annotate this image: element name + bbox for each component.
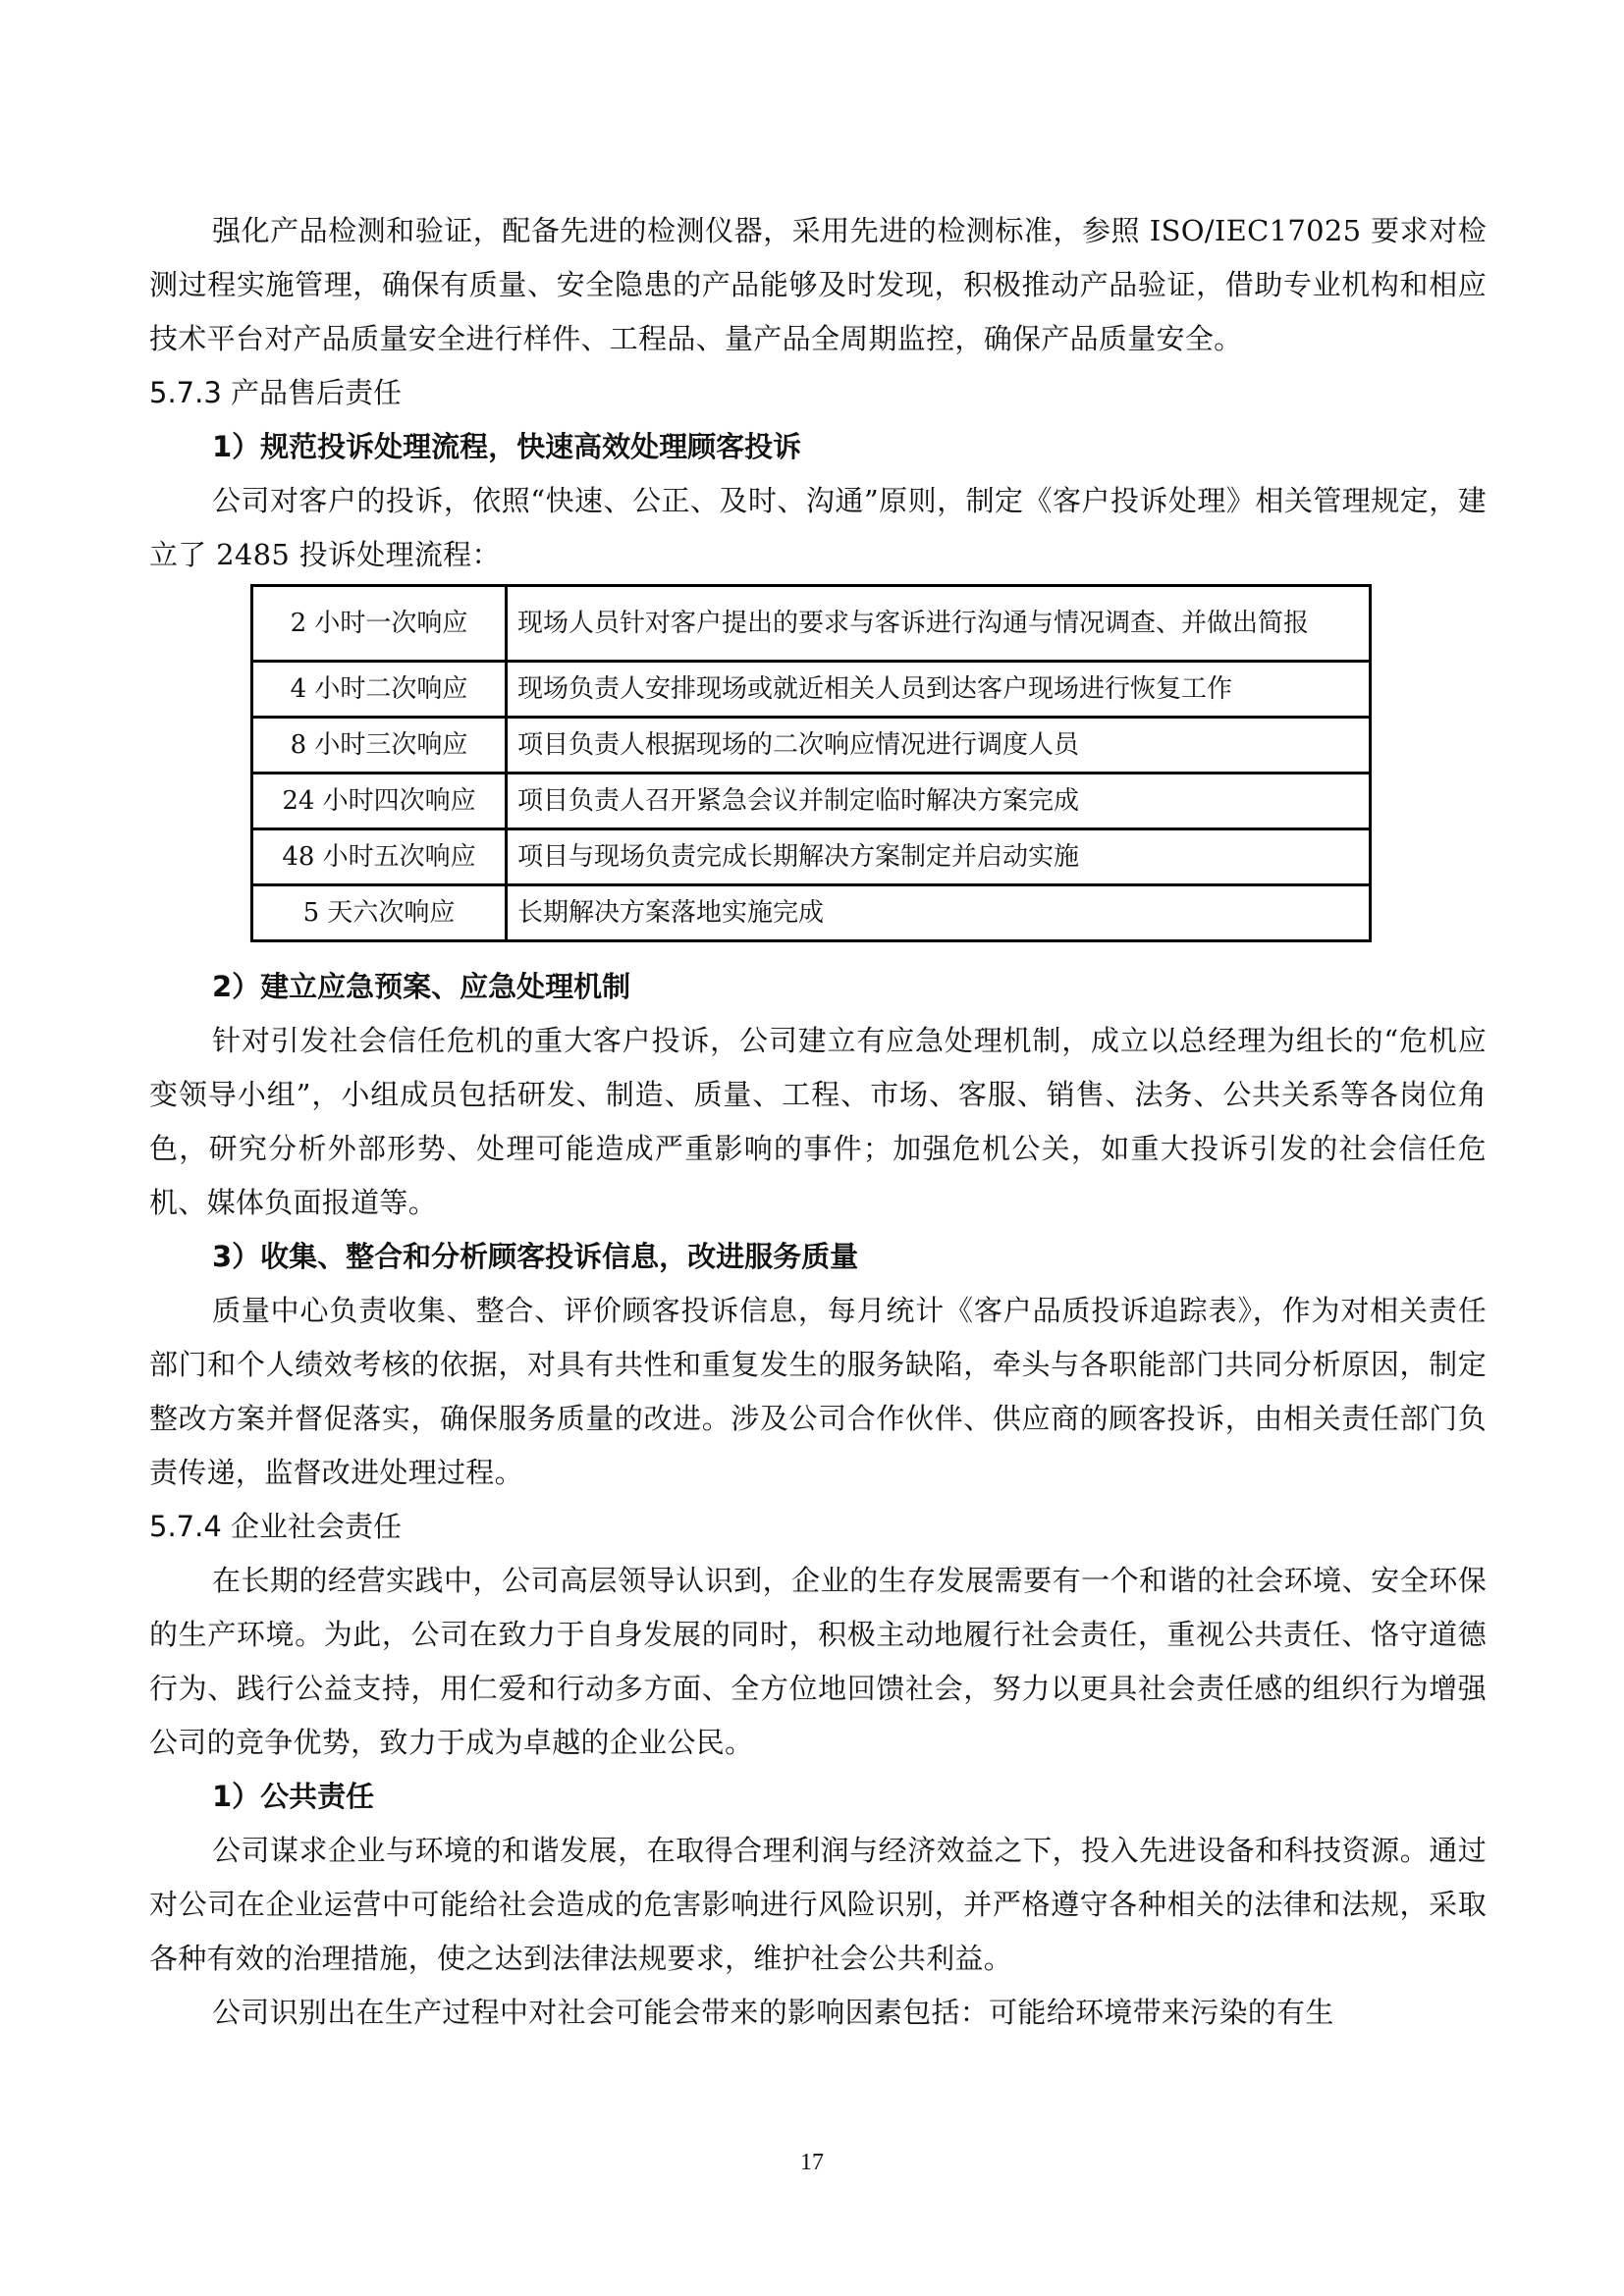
subheading-complaint-analysis: 3）收集、整合和分析顾客投诉信息，改进服务质量: [149, 1230, 1487, 1284]
paragraph-social-responsibility: 在长期的经营实践中，公司高层领导认识到，企业的生存发展需要有一个和谐的社会环境、…: [149, 1554, 1487, 1770]
table-row: 24 小时四次响应 项目负责人召开紧急会议并制定临时解决方案完成: [252, 774, 1371, 829]
response-action-cell: 现场人员针对客户提出的要求与客诉进行沟通与情况调查、并做出简报: [507, 586, 1371, 662]
paragraph-product-testing: 强化产品检测和验证，配备先进的检测仪器，采用先进的检测标准，参照 ISO/IEC…: [149, 204, 1487, 366]
response-table-wrapper: 2 小时一次响应 现场人员针对客户提出的要求与客诉进行沟通与情况调查、并做出简报…: [250, 584, 1372, 942]
table-row: 4 小时二次响应 现场负责人安排现场或就近相关人员到达客户现场进行恢复工作: [252, 662, 1371, 718]
response-time-cell: 4 小时二次响应: [252, 662, 507, 718]
table-row: 5 天六次响应 长期解决方案落地实施完成: [252, 885, 1371, 941]
response-time-cell: 5 天六次响应: [252, 885, 507, 941]
table-row: 48 小时五次响应 项目与现场负责完成长期解决方案制定并启动实施: [252, 829, 1371, 885]
response-action-cell: 项目负责人根据现场的二次响应情况进行调度人员: [507, 718, 1371, 774]
table-row: 2 小时一次响应 现场人员针对客户提出的要求与客诉进行沟通与情况调查、并做出简报: [252, 586, 1371, 662]
paragraph-impact-factors: 公司识别出在生产过程中对社会可能会带来的影响因素包括：可能给环境带来污染的有生: [149, 1986, 1487, 2040]
response-time-cell: 48 小时五次响应: [252, 829, 507, 885]
response-time-cell: 2 小时一次响应: [252, 586, 507, 662]
section-heading-5-7-3: 5.7.3 产品售后责任: [149, 366, 1487, 420]
paragraph-complaint-principles: 公司对客户的投诉，依照“快速、公正、及时、沟通”原则，制定《客户投诉处理》相关管…: [149, 474, 1487, 582]
response-time-cell: 8 小时三次响应: [252, 718, 507, 774]
paragraph-quality-center: 质量中心负责收集、整合、评价顾客投诉信息，每月统计《客户品质投诉追踪表》，作为对…: [149, 1284, 1487, 1500]
subheading-emergency-plan: 2）建立应急预案、应急处理机制: [149, 960, 1487, 1014]
table-row: 8 小时三次响应 项目负责人根据现场的二次响应情况进行调度人员: [252, 718, 1371, 774]
paragraph-emergency-mechanism: 针对引发社会信任危机的重大客户投诉，公司建立有应急处理机制，成立以总经理为组长的…: [149, 1014, 1487, 1230]
section-heading-5-7-4: 5.7.4 企业社会责任: [149, 1500, 1487, 1554]
response-time-cell: 24 小时四次响应: [252, 774, 507, 829]
page-number: 17: [0, 2150, 1624, 2176]
document-page: 强化产品检测和验证，配备先进的检测仪器，采用先进的检测标准，参照 ISO/IEC…: [149, 204, 1487, 2040]
response-action-cell: 项目与现场负责完成长期解决方案制定并启动实施: [507, 829, 1371, 885]
response-action-cell: 项目负责人召开紧急会议并制定临时解决方案完成: [507, 774, 1371, 829]
response-table: 2 小时一次响应 现场人员针对客户提出的要求与客诉进行沟通与情况调查、并做出简报…: [250, 584, 1372, 942]
subheading-public-responsibility: 1）公共责任: [149, 1770, 1487, 1824]
subheading-complaint-process: 1）规范投诉处理流程，快速高效处理顾客投诉: [149, 420, 1487, 474]
response-action-cell: 现场负责人安排现场或就近相关人员到达客户现场进行恢复工作: [507, 662, 1371, 718]
response-action-cell: 长期解决方案落地实施完成: [507, 885, 1371, 941]
paragraph-harmonious-development: 公司谋求企业与环境的和谐发展，在取得合理利润与经济效益之下，投入先进设备和科技资…: [149, 1824, 1487, 1986]
